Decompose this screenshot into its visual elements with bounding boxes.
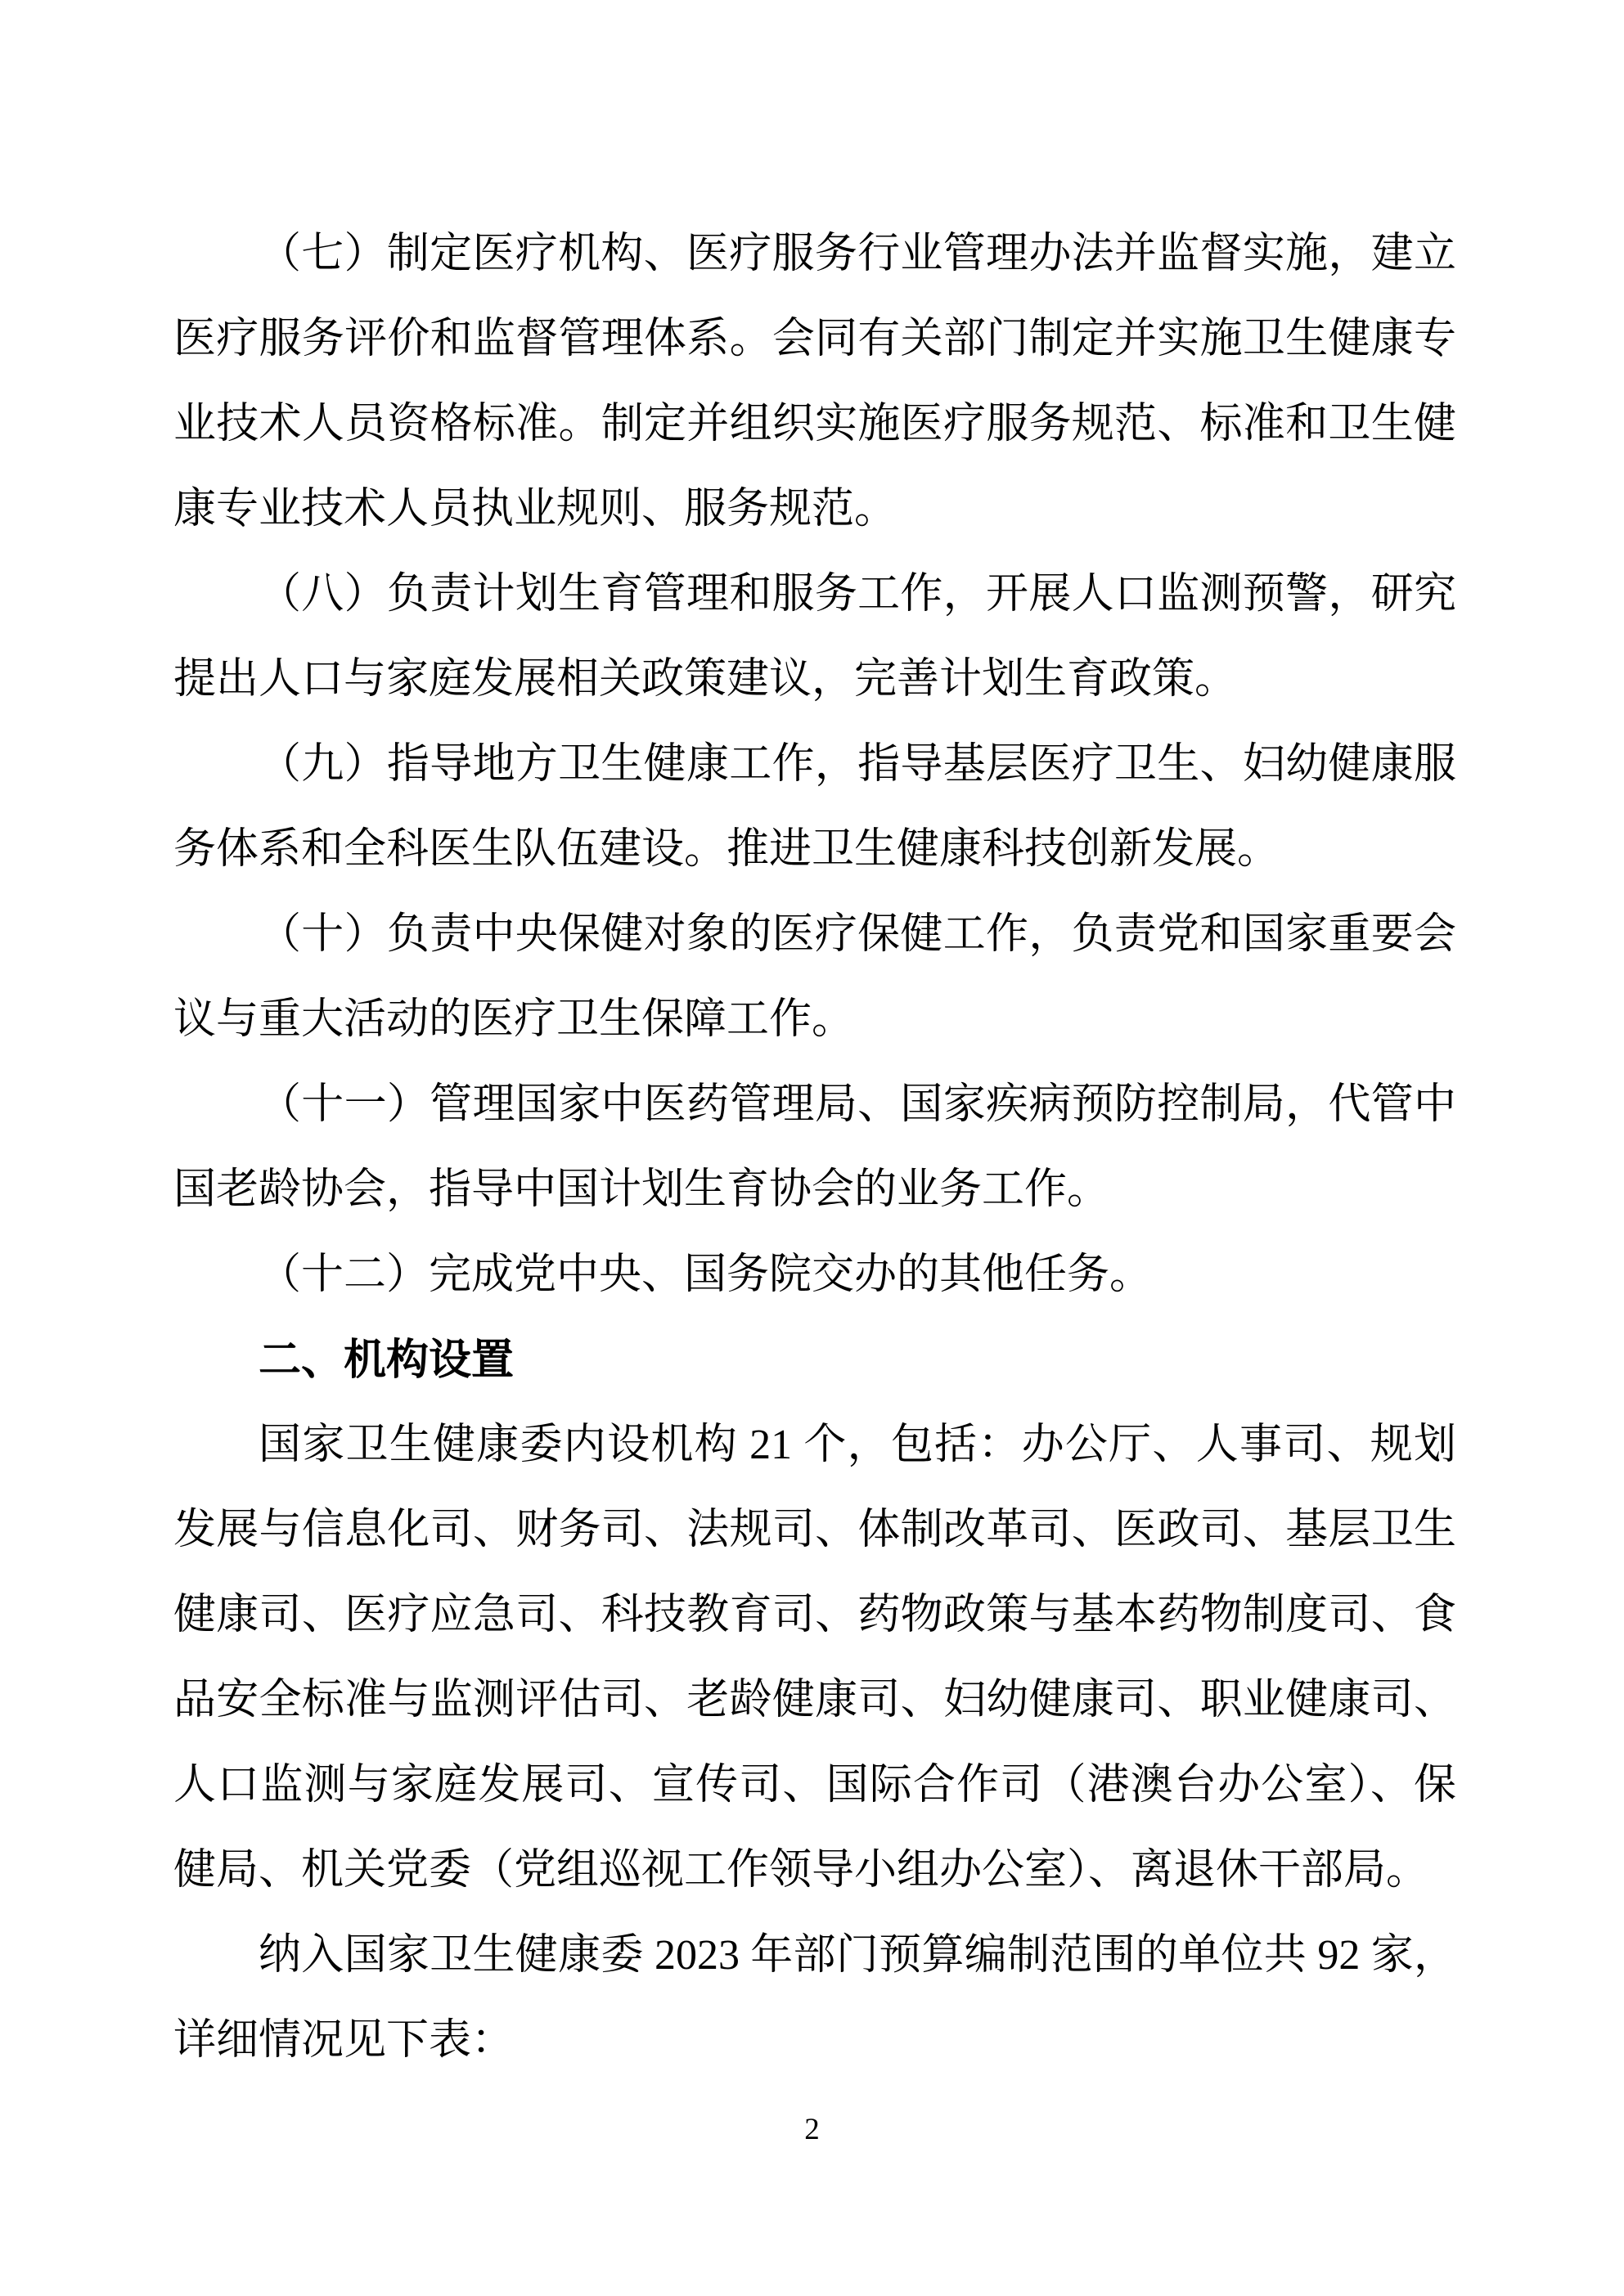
- text-line: 议与重大活动的医疗卫生保障工作。: [173, 977, 1456, 1063]
- text-line: 务体系和全科医生队伍建设。推进卫生健康科技创新发展。: [173, 807, 1456, 892]
- text-line: 国家卫生健康委内设机构 21 个，包括：办公厅、人事司、规划: [173, 1403, 1456, 1488]
- page-number: 2: [0, 2113, 1624, 2147]
- text-line: 纳入国家卫生健康委 2023 年部门预算编制范围的单位共 92 家，: [173, 1913, 1456, 1998]
- text-line: （十一）管理国家中医药管理局、国家疾病预防控制局，代管中: [173, 1063, 1456, 1148]
- text-line: （七）制定医疗机构、医疗服务行业管理办法并监督实施，建立: [173, 212, 1456, 297]
- text-line: 健局、机关党委（党组巡视工作领导小组办公室）、离退休干部局。: [173, 1828, 1456, 1913]
- text-line: 康专业技术人员执业规则、服务规范。: [173, 467, 1456, 552]
- document-body: （七）制定医疗机构、医疗服务行业管理办法并监督实施，建立医疗服务评价和监督管理体…: [173, 212, 1456, 2083]
- text-line: 品安全标准与监测评估司、老龄健康司、妇幼健康司、职业健康司、: [173, 1658, 1456, 1743]
- text-line: （八）负责计划生育管理和服务工作，开展人口监测预警，研究: [173, 552, 1456, 637]
- text-line: （十二）完成党中央、国务院交办的其他任务。: [173, 1233, 1456, 1318]
- text-line: 国老龄协会，指导中国计划生育协会的业务工作。: [173, 1148, 1456, 1233]
- text-line: 提出人口与家庭发展相关政策建议，完善计划生育政策。: [173, 637, 1456, 722]
- text-line: （九）指导地方卫生健康工作，指导基层医疗卫生、妇幼健康服: [173, 722, 1456, 807]
- text-line: 人口监测与家庭发展司、宣传司、国际合作司（港澳台办公室）、保: [173, 1743, 1456, 1828]
- text-line: 健康司、医疗应急司、科技教育司、药物政策与基本药物制度司、食: [173, 1573, 1456, 1658]
- text-line: 详细情况见下表：: [173, 1998, 1456, 2083]
- text-line: 业技术人员资格标准。制定并组织实施医疗服务规范、标准和卫生健: [173, 382, 1456, 467]
- text-line: 医疗服务评价和监督管理体系。会同有关部门制定并实施卫生健康专: [173, 297, 1456, 382]
- document-page: （七）制定医疗机构、医疗服务行业管理办法并监督实施，建立医疗服务评价和监督管理体…: [0, 0, 1624, 2296]
- section-heading: 二、机构设置: [173, 1318, 1456, 1403]
- text-line: （十）负责中央保健对象的医疗保健工作，负责党和国家重要会: [173, 892, 1456, 977]
- text-line: 发展与信息化司、财务司、法规司、体制改革司、医政司、基层卫生: [173, 1488, 1456, 1573]
